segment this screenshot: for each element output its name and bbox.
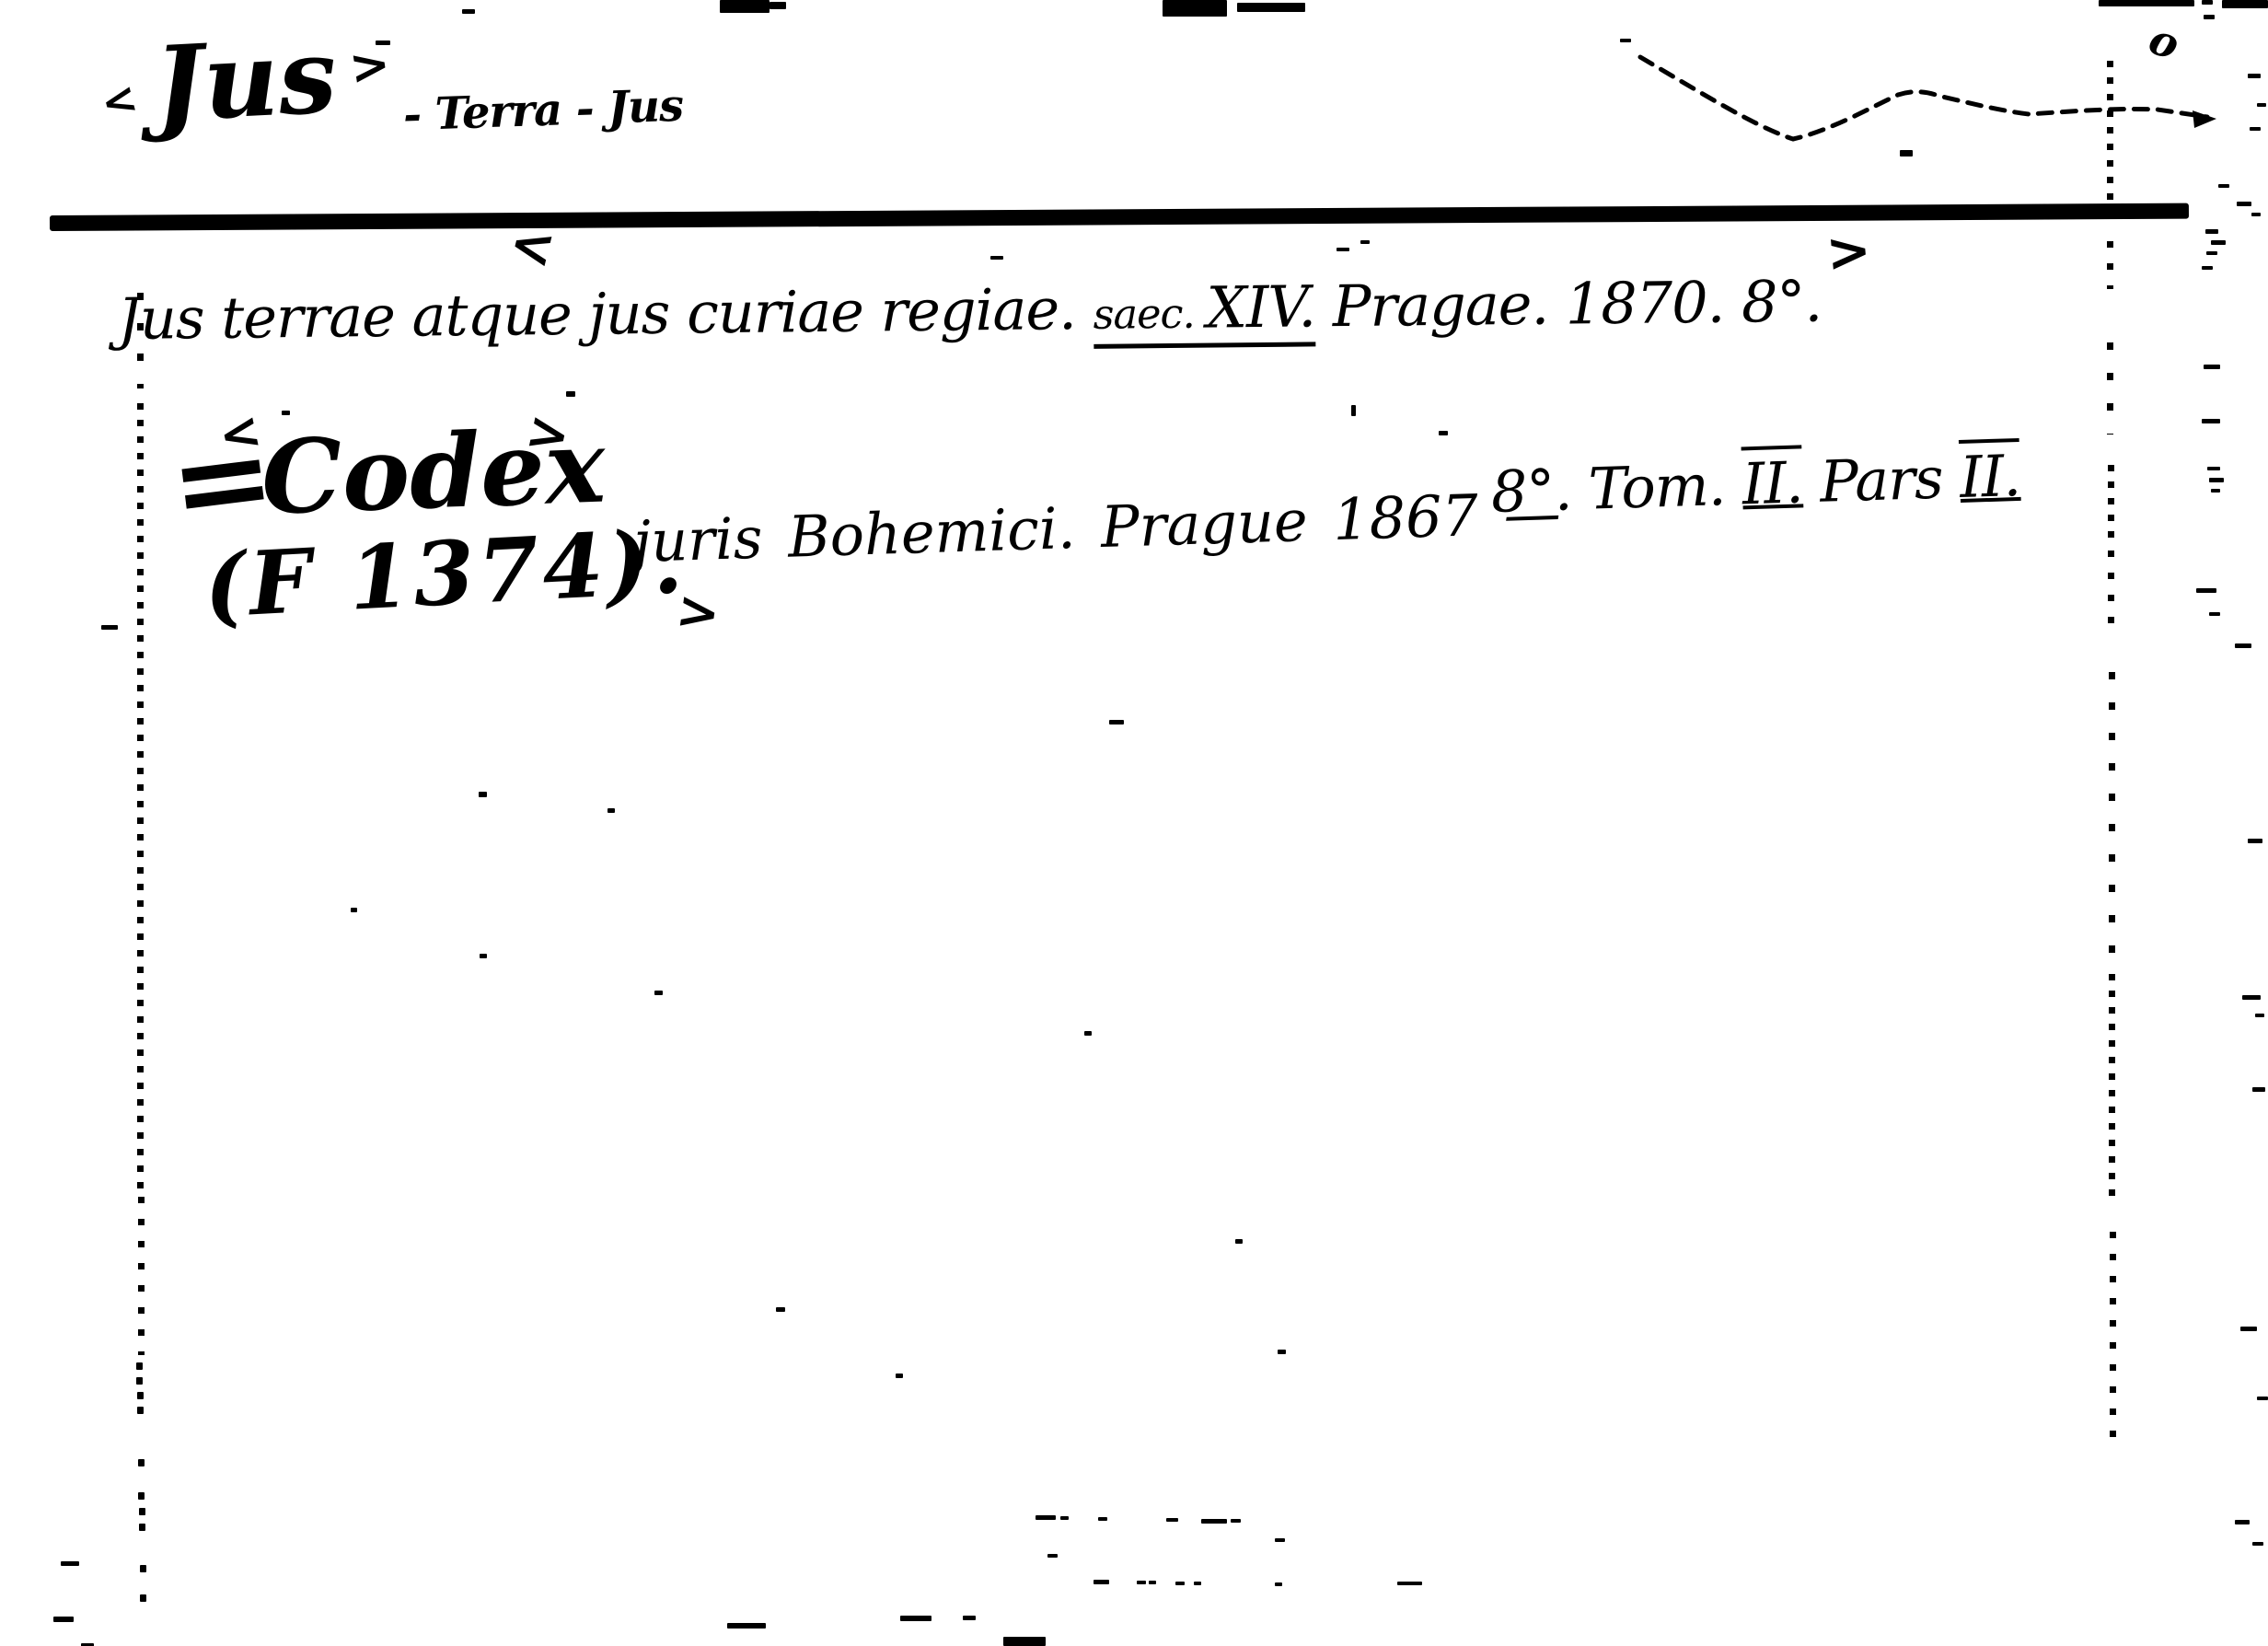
scan-speck [61,1561,79,1566]
scan-speck [654,991,663,995]
scan-speck [1036,1515,1056,1520]
scan-speck [138,1492,145,1500]
scan-speck [1397,1582,1422,1585]
codex-collation: 8°. Tom. II. Pars II. [1490,442,2021,526]
scan-speck [1175,1582,1185,1585]
scan-speck [1194,1582,1201,1585]
scan-speck [139,1508,145,1515]
main-entry-text: Jus terrae atque jus curiae regiae. [118,275,1093,353]
header-crossref: - Terra - Jus [402,80,684,142]
right-dotted-border-segment [2107,241,2113,289]
scan-speck [1360,240,1370,244]
saeculum-insertion: saec. [1093,290,1207,339]
main-entry-line: Jus terrae atque jus curiae regiae. saec… [118,268,1822,353]
scan-speck [351,908,357,912]
scan-speck [2202,0,2213,5]
scan-speck [2251,213,2261,216]
scan-speck [140,1565,146,1572]
scan-speck [1137,1581,1146,1584]
scan-speck [1275,1538,1285,1542]
scan-speck [2250,127,2261,131]
main-entry-imprint: Pragae. 1870. 8°. [1315,268,1822,341]
header-open-caret: < [97,75,142,125]
scan-speck [896,1374,903,1378]
scan-speck [900,1616,931,1621]
right-dotted-border-segment [2108,465,2114,542]
scan-speck [2252,1087,2265,1092]
scan-speck [2257,1397,2268,1400]
scan-speck [1098,1517,1107,1521]
scan-speck [2235,1520,2250,1524]
scan-speck [2204,365,2220,369]
header-title: Jus [152,16,340,145]
codex-entry-text: juris Bohemici. Prague 1867 — [632,479,1562,575]
roman-numeral-pars: II. [1959,442,2021,511]
scan-speck [139,1524,145,1531]
scan-speck [282,411,290,415]
scan-speck [1620,39,1631,42]
wavy-scan-line-icon [0,0,2268,1646]
scan-speck [2202,266,2213,270]
roman-numeral-tom: II. [1741,448,1804,517]
scan-speck [963,1616,976,1620]
scan-speck [1047,1554,1058,1558]
saeculum-roman: XIV. [1206,272,1315,341]
scan-speck [1060,1516,1069,1520]
shelfmark-end-caret: > [673,585,723,642]
scan-speck [1149,1581,1156,1584]
scan-speck [2205,229,2218,234]
scan-speck [2222,0,2268,8]
scan-speck [1336,248,1349,251]
scan-speck [1201,1519,1227,1524]
scan-speck [1163,0,1227,17]
saeculum-group: saec. XIV. [1093,272,1315,349]
scan-speck [1235,1239,1243,1244]
scan-speck [2218,184,2229,188]
scan-speck [2237,202,2251,206]
circle-mark: o [2143,14,2185,70]
scan-speck [1093,1580,1109,1584]
right-dotted-border-segment [2108,551,2114,630]
scan-speck [727,1623,766,1629]
scan-speck [2202,419,2220,423]
scan-speck [137,1392,144,1399]
main-entry-end-caret: > [1824,223,1873,280]
scan-speck [1166,1518,1178,1522]
scan-speck [2242,995,2261,1000]
scan-speck [2209,612,2220,616]
header-close-caret: > [347,40,393,93]
scan-speck [1109,720,1124,724]
scan-speck [462,9,475,14]
scan-speck [1278,1350,1286,1354]
left-dotted-border-segment [138,1197,145,1355]
scan-speck [1900,150,1913,156]
scan-speck [136,1362,143,1370]
scan-speck [136,1377,143,1385]
scan-speck [2235,643,2251,648]
scan-speck [2196,588,2216,593]
scan-speck [480,954,487,958]
scan-speck [2207,467,2220,470]
scan-speck [376,41,390,45]
scan-speck [53,1617,74,1622]
scan-speck [769,2,786,9]
scan-speck [2252,1542,2263,1546]
left-dotted-border-segment [137,403,144,1191]
right-dotted-border-segment [2110,1232,2116,1453]
scan-speck [2248,839,2262,843]
scan-speck [479,792,487,797]
scan-speck [2248,74,2261,78]
scan-speck [990,256,1003,260]
scan-speck [101,625,118,630]
left-dotted-border-segment [137,293,144,388]
right-dotted-border-segment [2109,672,2115,959]
scan-speck [2209,478,2224,482]
scan-speck [2257,103,2266,107]
scan-speck [1003,1637,1046,1646]
scan-speck [140,1594,146,1602]
scan-speck [2211,489,2220,493]
catalog-card: < Jus > - Terra - Jus < Jus terrae atque… [0,0,2268,1646]
scan-speck [1351,405,1356,416]
scan-speck [1275,1582,1282,1586]
scan-speck [607,808,615,813]
scan-speck [2204,15,2215,19]
right-dotted-border-segment [2107,342,2113,435]
scan-speck [566,391,575,397]
right-dotted-border-segment [2109,974,2115,1199]
scan-speck [2211,240,2226,245]
scan-speck [720,0,769,13]
scan-speck [2255,1014,2264,1017]
scan-speck [137,1407,144,1414]
scan-speck [1084,1031,1092,1036]
scan-speck [138,1459,145,1466]
scan-speck [2206,251,2217,255]
scan-speck [1237,3,1305,12]
right-dotted-border-segment [2107,61,2113,212]
scan-speck [1231,1519,1241,1523]
collation-pars-label: Pars [1801,444,1961,516]
scan-speck [1439,431,1448,435]
collation-format: 8°. Tom. [1490,450,1743,526]
scan-speck [2240,1327,2257,1331]
scan-speck [2099,0,2194,6]
scan-speck [776,1307,785,1312]
